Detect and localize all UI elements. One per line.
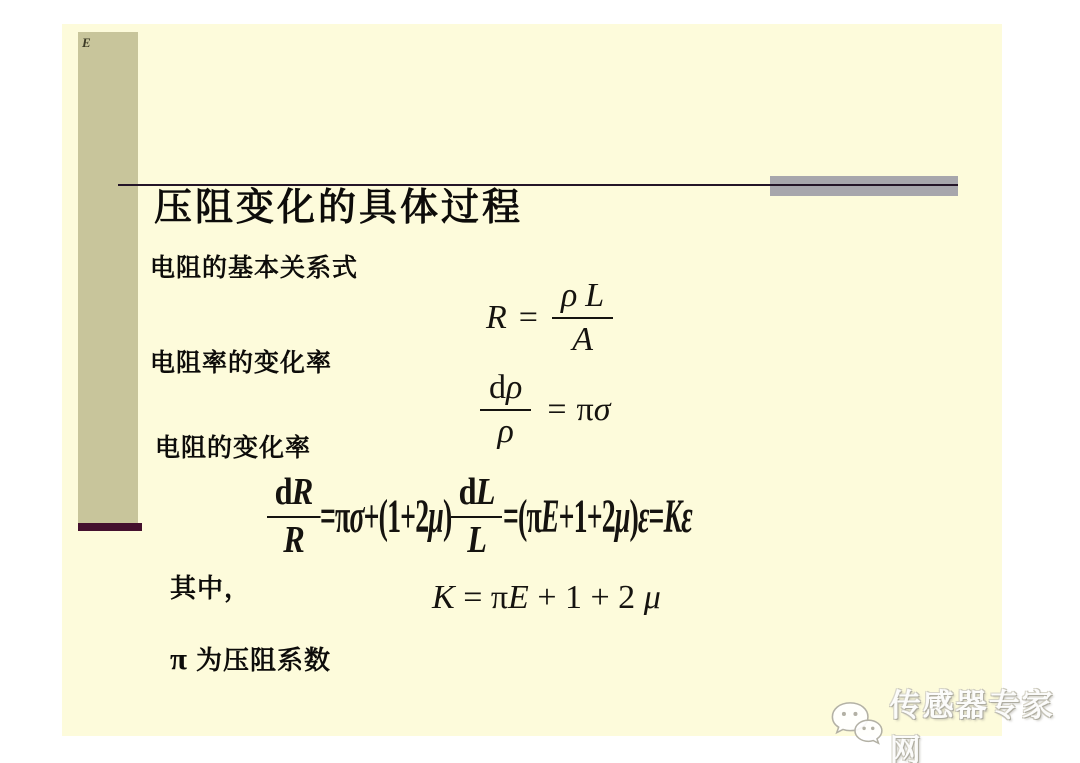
pi-note-text: 为压阻系数 xyxy=(196,645,331,676)
slide-title: 压阻变化的具体过程 xyxy=(154,186,523,232)
label-resistivity-rate: 电阻率的变化率 xyxy=(150,349,332,379)
fraction-denominator: ρ xyxy=(498,411,514,450)
formula-basic-resistance: R = ρL A xyxy=(486,278,613,357)
title-accent-bar xyxy=(770,176,958,196)
fraction-denominator: A xyxy=(572,319,593,358)
formula-gauge-factor: K = πE + 1 + 2 μ xyxy=(432,580,661,616)
label-resistance-rate: 电阻的变化率 xyxy=(155,434,311,464)
strip-bottom-bar xyxy=(78,523,142,531)
equals-sign: = xyxy=(519,300,538,336)
formula-lhs: R xyxy=(486,300,507,336)
fraction: dR R xyxy=(267,473,320,561)
formula-segment: + 1 + 2 xyxy=(529,580,644,616)
slide: E 压阻变化的具体过程 电阻的基本关系式 R = ρL A 电阻率的变化率 dρ… xyxy=(62,24,1002,736)
pi-symbol: π xyxy=(491,580,508,616)
fraction: dL L xyxy=(451,473,502,561)
watermark-text: 传感器专家网 xyxy=(890,680,1080,763)
label-where: 其中， xyxy=(170,573,251,604)
left-strip: E xyxy=(78,32,138,523)
formula-resistance-rate: dR R =πσ+(1+2μ) dL L =(πE+1+2μ)ε=Kε xyxy=(267,473,691,561)
fraction-numerator: ρL xyxy=(552,278,613,319)
fraction-denominator: L xyxy=(467,518,486,561)
fraction: dρ ρ xyxy=(480,370,531,449)
label-pi-note: π 为压阻系数 xyxy=(170,640,331,677)
fraction-denominator: R xyxy=(283,518,304,561)
fraction-numerator: dL xyxy=(451,473,502,518)
wechat-icon xyxy=(830,699,884,751)
strip-marker: E xyxy=(82,35,91,51)
mu-symbol: μ xyxy=(644,580,661,616)
fraction-numerator: dρ xyxy=(480,370,531,411)
youngs-modulus-symbol: E xyxy=(508,580,529,616)
fraction: ρL A xyxy=(552,278,613,357)
formula-lhs: K xyxy=(432,580,455,616)
sigma-symbol: σ xyxy=(594,392,611,428)
page: E 压阻变化的具体过程 电阻的基本关系式 R = ρL A 电阻率的变化率 dρ… xyxy=(0,0,1080,763)
pi-symbol: π xyxy=(170,640,187,677)
equals-sign: = xyxy=(455,580,491,616)
fraction-numerator: dR xyxy=(267,473,320,518)
watermark: 传感器专家网 xyxy=(830,680,1080,763)
formula-segment: =(πE+1+2μ)ε=Kε xyxy=(503,492,692,542)
pi-symbol: π xyxy=(577,392,594,428)
formula-resistivity-rate: dρ ρ = π σ xyxy=(480,370,610,449)
equals-sign: = xyxy=(547,392,566,428)
formula-segment: =πσ+(1+2μ) xyxy=(320,492,451,542)
label-basic-relation: 电阻的基本关系式 xyxy=(150,254,358,284)
title-rule xyxy=(118,184,958,186)
